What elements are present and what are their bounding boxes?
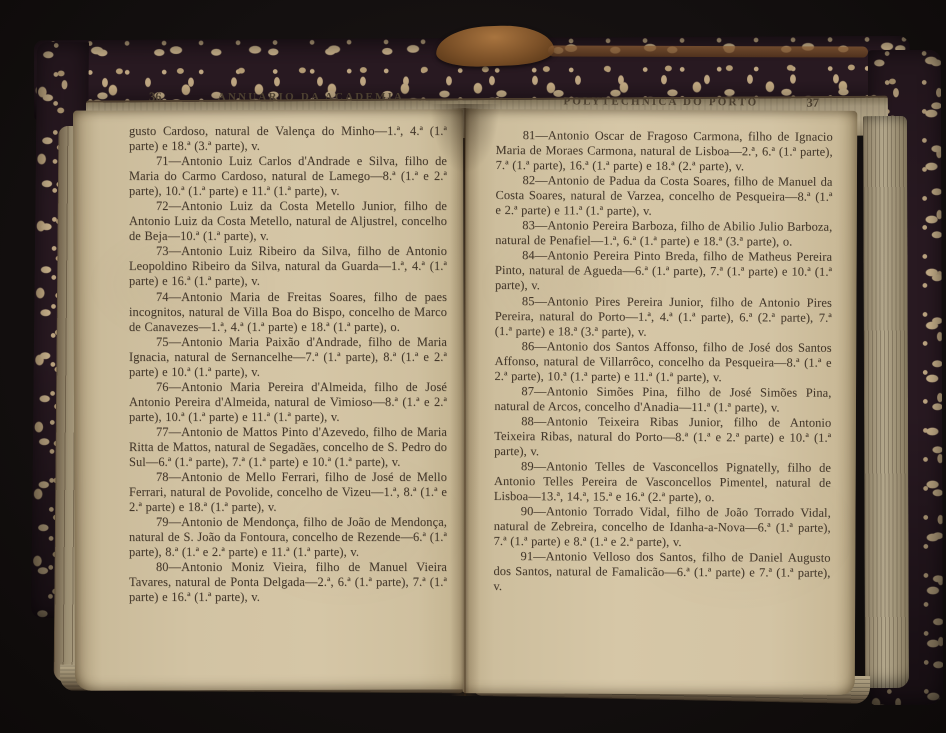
book-photo: 36 ANNUARIO DA ACADEMIA gusto Cardoso, n… xyxy=(0,0,946,733)
entry-paragraph: 71—Antonio Luiz Carlos d'Andrade e Silva… xyxy=(129,154,447,199)
entry-paragraph: 80—Antonio Moniz Vieira, filho de Manuel… xyxy=(129,560,447,605)
entry-paragraph: 91—Antonio Velloso dos Santos, filho de … xyxy=(493,549,830,596)
left-page-entries: gusto Cardoso, natural de Valença do Min… xyxy=(129,124,447,606)
page-block-fore-edge xyxy=(863,116,909,688)
right-page-entries: 81—Antonio Oscar de Fragoso Carmona, fil… xyxy=(493,128,832,596)
right-page-number: 37 xyxy=(806,96,819,111)
entry-paragraph: gusto Cardoso, natural de Valença do Min… xyxy=(129,124,447,154)
left-page-number: 36 xyxy=(149,90,162,105)
entry-paragraph: 79—Antonio de Mendonça, filho de João de… xyxy=(129,515,447,560)
entry-paragraph: 78—Antonio de Mello Ferrari, filho de Jo… xyxy=(129,470,447,515)
left-running-title: ANNUARIO DA ACADEMIA xyxy=(201,91,421,103)
entry-paragraph: 73—Antonio Luiz Ribeiro da Silva, filho … xyxy=(129,244,447,289)
entry-paragraph: 82—Antonio de Padua da Costa Soares, fil… xyxy=(495,173,832,220)
spine-top-edge xyxy=(548,45,868,57)
entry-paragraph: 89—Antonio Telles de Vasconcellos Pignat… xyxy=(494,459,831,506)
spine-headcap xyxy=(435,24,554,68)
entry-paragraph: 75—Antonio Maria Paixão d'Andrade, filho… xyxy=(129,335,447,380)
entry-paragraph: 72—Antonio Luiz da Costa Metello Junior,… xyxy=(129,199,447,244)
right-page-text: POLYTECHNICA DO PORTO 37 81—Antonio Osca… xyxy=(493,94,833,596)
entry-paragraph: 76—Antonio Maria Pereira d'Almeida, filh… xyxy=(129,380,447,425)
entry-paragraph: 83—Antonio Pereira Barboza, filho de Abi… xyxy=(495,218,832,250)
right-page-header: POLYTECHNICA DO PORTO 37 xyxy=(496,94,833,112)
entry-paragraph: 90—Antonio Torrado Vidal, filho de João … xyxy=(494,504,831,551)
left-page-header: 36 ANNUARIO DA ACADEMIA xyxy=(129,90,447,106)
entry-paragraph: 74—Antonio Maria de Freitas Soares, filh… xyxy=(129,290,447,335)
entry-paragraph: 77—Antonio de Mattos Pinto d'Azevedo, fi… xyxy=(129,425,447,470)
entry-paragraph: 84—Antonio Pereira Pinto Breda, filho de… xyxy=(495,248,832,295)
entry-paragraph: 87—Antonio Simões Pina, filho de José Si… xyxy=(494,384,831,416)
entry-paragraph: 85—Antonio Pires Pereira Junior, filho d… xyxy=(495,294,832,341)
gutter-shadow xyxy=(450,108,480,696)
left-page-text: 36 ANNUARIO DA ACADEMIA gusto Cardoso, n… xyxy=(129,90,447,606)
right-running-title: POLYTECHNICA DO PORTO xyxy=(554,95,768,108)
entry-paragraph: 88—Antonio Teixeira Ribas Junior, filho … xyxy=(494,414,831,461)
entry-paragraph: 86—Antonio dos Santos Affonso, filho de … xyxy=(494,339,831,386)
entry-paragraph: 81—Antonio Oscar de Fragoso Carmona, fil… xyxy=(496,128,833,175)
